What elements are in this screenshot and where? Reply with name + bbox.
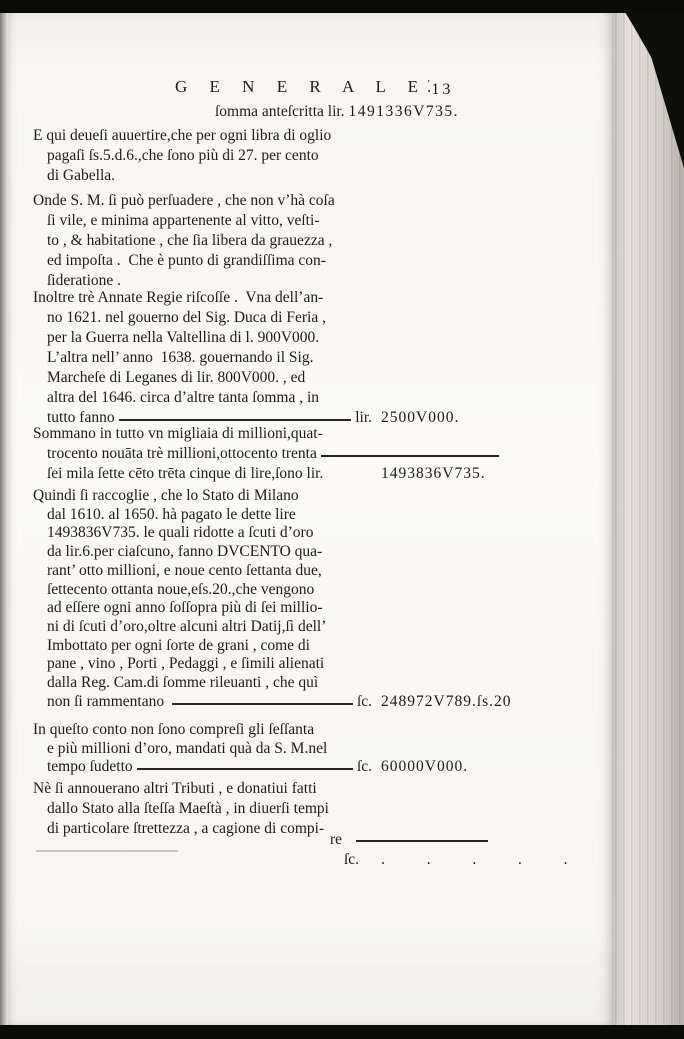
paragraph-tre-annate-regie: Inoltre trè Annate Regie riſcoſſe . Vna … (33, 288, 489, 428)
text-segment: ſei mila ſette cēto trēta cinque di lire… (47, 464, 323, 484)
paragraph-conto-non-compresi: In queſto conto non ſono compreſi gli ſe… (33, 721, 489, 777)
dash-rule (137, 768, 353, 770)
book-page-scan: G E N E R A L E. ’13 ſomma anteſcritta l… (0, 0, 684, 1039)
paragraph-quindi-raccoglie: Quindi ſi raccoglie , che lo Stato di Mi… (33, 487, 489, 711)
carried-sum-value: 1491336V735. (348, 103, 459, 120)
text-line: tempo ſudettoſc.60000V000. (33, 758, 503, 777)
text-segment: non ſi rammentano (47, 693, 168, 712)
paragraph-onde-persuadere: Onde S. M. ſi può perſuadere , che non v… (33, 191, 489, 291)
text-line: ed impoſta . Che è punto di grandiſſima … (33, 251, 489, 271)
text-line: ni di ſcuti d’oro,oltre alcuni altri Dat… (33, 618, 489, 637)
paragraph-oglio-gabella: E qui deueſi auuertire,che per ogni libr… (33, 126, 489, 186)
page-number-value: 13 (431, 81, 453, 98)
text-line: Onde S. M. ſi può perſuadere , che non v… (33, 191, 489, 211)
text-line: Quindi ſi raccoglie , che lo Stato di Mi… (33, 487, 489, 506)
page-number: ’13 (427, 79, 453, 99)
paragraph-sommano-totale: Sommano in tutto vn migliaia di millioni… (33, 424, 489, 484)
catchword-line: re (330, 831, 488, 849)
dash-rule (356, 840, 488, 842)
text-segment: tempo ſudetto (47, 758, 133, 777)
dash-rule (119, 419, 352, 421)
text-line: dal 1610. al 1650. hà pagato le dette li… (33, 506, 489, 525)
text-line: In queſto conto non ſono compreſi gli ſe… (33, 721, 489, 740)
text-line: rant’ otto millioni, e noue cento ſettan… (33, 562, 489, 581)
sc-dots-line: ſc.. . . . . (344, 851, 569, 869)
catchword: re (330, 831, 342, 849)
text-line: e più millioni d’oro, mandati quà da S. … (33, 740, 489, 759)
text-line: ſi vile, e minima appartenente al vitto,… (33, 211, 489, 231)
text-line: Inoltre trè Annate Regie riſcoſſe . Vna … (33, 288, 489, 308)
margin-figure: 1493836V735. (372, 464, 503, 484)
currency-label: ſc. (357, 693, 372, 712)
text-line: Nè ſi annouerano altri Tributi , e donat… (33, 779, 489, 799)
text-line: da lir.6.per ciaſcuno, fanno DVCENTO qua… (33, 543, 489, 562)
text-line: ſei mila ſette cēto trēta cinque di lire… (33, 464, 503, 484)
text-line: ſettecento ottanta noue,eſs.20.,che veng… (33, 581, 489, 600)
ellipsis-dots: . . . . . (381, 851, 569, 868)
text-line: dallo Stato alla ſteſſa Maeſtà , in diue… (33, 799, 489, 819)
text-line: Marcheſe di Leganes di lir. 800V000. , e… (33, 368, 489, 388)
text-line: non ſi rammentano ſc.248972V789.ſs.20 (33, 693, 503, 712)
carried-sum-line: ſomma anteſcritta lir. 1491336V735. (33, 103, 459, 121)
margin-figure: 60000V000. (372, 758, 503, 777)
text-line: E qui deueſi auuertire,che per ogni libr… (33, 126, 489, 146)
text-line: dalla Reg. Cam.di ſomme rileuanti , che … (33, 674, 489, 693)
text-line: per la Guerra nella Valtellina di l. 900… (33, 328, 489, 348)
currency-label: ſc. (344, 851, 359, 868)
text-line: trocento nouāta trè millioni,ottocento t… (33, 444, 503, 464)
text-line: no 1621. nel gouerno del Sig. Duca di Fe… (33, 308, 489, 328)
currency-label: ſc. (357, 758, 372, 777)
book-fore-edge-texture (612, 12, 684, 1025)
text-column: G E N E R A L E. ’13 ſomma anteſcritta l… (33, 0, 489, 1039)
carried-sum-label: ſomma anteſcritta lir. (215, 103, 348, 120)
text-line: 1493836V735. le quali ridotte a ſcuti d’… (33, 524, 489, 543)
text-line: ad eſſere ogni anno ſoſſopra più di ſei … (33, 599, 489, 618)
text-line: Sommano in tutto vn migliaia di millioni… (33, 424, 489, 444)
text-line: to , & habitatione , che ſia libera da g… (33, 231, 489, 251)
text-segment: trocento nouāta trè millioni,ottocento t… (47, 444, 317, 464)
tick-mark: ’ (427, 79, 430, 90)
text-line: pagaſi ſs.5.d.6.,che ſono più di 27. per… (33, 146, 489, 166)
paragraph-altri-tributi: Nè ſi annouerano altri Tributi , e donat… (33, 779, 489, 839)
text-line: altra del 1646. circa d’altre tanta ſomm… (33, 388, 489, 408)
dash-rule (172, 703, 353, 705)
text-line: pane , vino , Porti , Pedaggi , e ſimili… (33, 655, 489, 674)
text-line: di Gabella. (33, 166, 489, 186)
margin-figure: 248972V789.ſs.20 (372, 693, 503, 712)
running-header: G E N E R A L E. (175, 77, 440, 97)
print-bleed-mark (36, 850, 178, 852)
text-line: Imbottato per ogni ſorte de grani , come… (33, 637, 489, 656)
dash-rule (321, 455, 499, 457)
text-line: L’altra nell’ anno 1638. gouernando il S… (33, 348, 489, 368)
